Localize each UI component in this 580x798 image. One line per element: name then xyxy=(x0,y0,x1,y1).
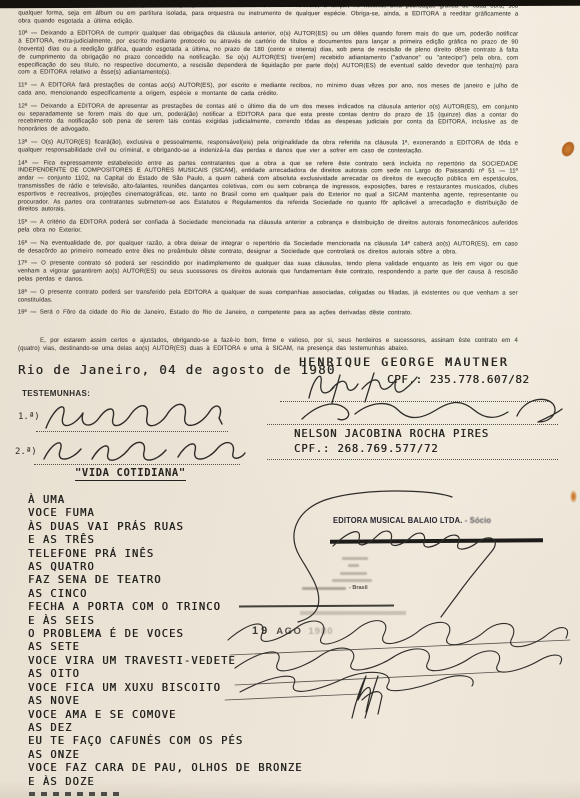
witness2-signature-icon xyxy=(44,442,245,460)
publisher-signature-loop-icon xyxy=(294,491,495,622)
signatures-layer xyxy=(0,0,580,798)
publisher-witness-signature-icon xyxy=(302,399,562,422)
signature-cluster-icon xyxy=(235,648,562,672)
page-bottom-shadow xyxy=(0,780,580,798)
author-signature-icon xyxy=(309,373,417,403)
witness1-signature-icon xyxy=(46,404,222,428)
scanned-contract-page: 9ª — Obriga-se a EDITORA, dentro do praz… xyxy=(0,0,580,798)
signature-cluster-icon xyxy=(228,621,568,647)
initials-signature-icon xyxy=(352,676,382,718)
paper-stain xyxy=(570,490,577,503)
